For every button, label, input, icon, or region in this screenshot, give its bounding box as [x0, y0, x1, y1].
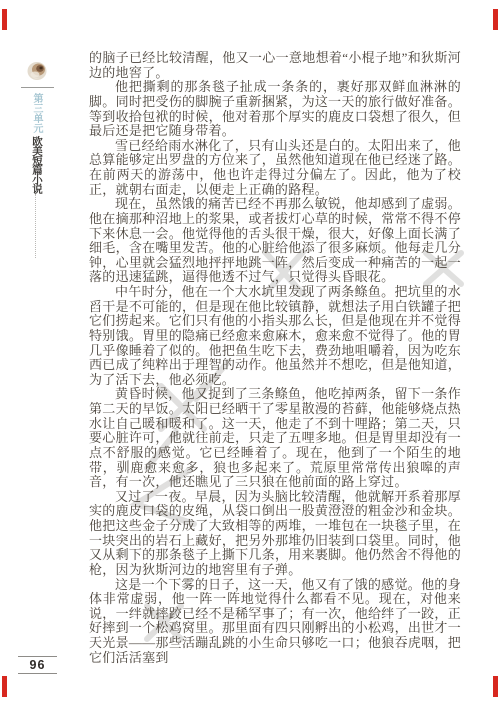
paragraph: 的脑子已经比较清醒，他又一心一意地想着“小棍子地”和狄斯河边的地窖了。 [89, 51, 461, 80]
sidebar-dotted-line [35, 194, 36, 258]
unit-sidebar: 第三单元 欧美短篇小说 [0, 0, 70, 705]
paragraph: 这是一个下雾的日子，这一天，他又有了饿的感觉。他的身体非常虚弱，他一阵一阵地觉得… [89, 578, 461, 666]
paragraph: 中午时分，他在一个大水坑里发现了两条鲦鱼。把坑里的水舀干是不可能的，但是现在他比… [89, 285, 461, 387]
page-number-rule-bottom [18, 673, 57, 674]
page-number: 96 [18, 657, 57, 673]
paragraph: 雪已经给雨水淋化了，只有山头还是白的。太阳出来了，他总算能够定出罗盘的方位来了，… [89, 139, 461, 198]
paragraph: 又过了一夜。早晨，因为头脑比较清醒，他就解开系着那厚实的鹿皮口袋的皮绳，从袋口倒… [89, 490, 461, 578]
registration-mark-bottom-right [493, 676, 498, 697]
page-number-box: 96 [18, 656, 57, 674]
paragraph: 他把撕剩的那条毯子扯成一条条的，裹好那双鲜血淋淋的脚。同时把受伤的脚腕子重新捆紧… [89, 80, 461, 139]
sidebar-divider [21, 87, 54, 88]
section-title: 欧美短篇小说 [30, 136, 43, 193]
paragraph: 黄昏时候，他又捉到了三条鲦鱼，他吃掉两条，留下一条作第二天的早饭。太阳已经晒干了… [89, 387, 461, 489]
scanned-textbook-page: 第三单元 欧美短篇小说 96 的脑子已经比较清醒，他又一心一意地想着“小棍子地”… [0, 0, 500, 705]
unit-label: 第三单元 [30, 93, 43, 133]
paragraph: 现在，虽然饿的痛苦已经不再那么敏锐，他却感到了虚弱。他在摘那种沼地上的浆果，或者… [89, 197, 461, 285]
nautilus-shell-icon [27, 60, 47, 81]
registration-mark-top-right [493, 9, 498, 30]
story-text-block: 的脑子已经比较清醒，他又一心一意地想着“小棍子地”和狄斯河边的地窖了。 他把撕剩… [89, 51, 461, 665]
